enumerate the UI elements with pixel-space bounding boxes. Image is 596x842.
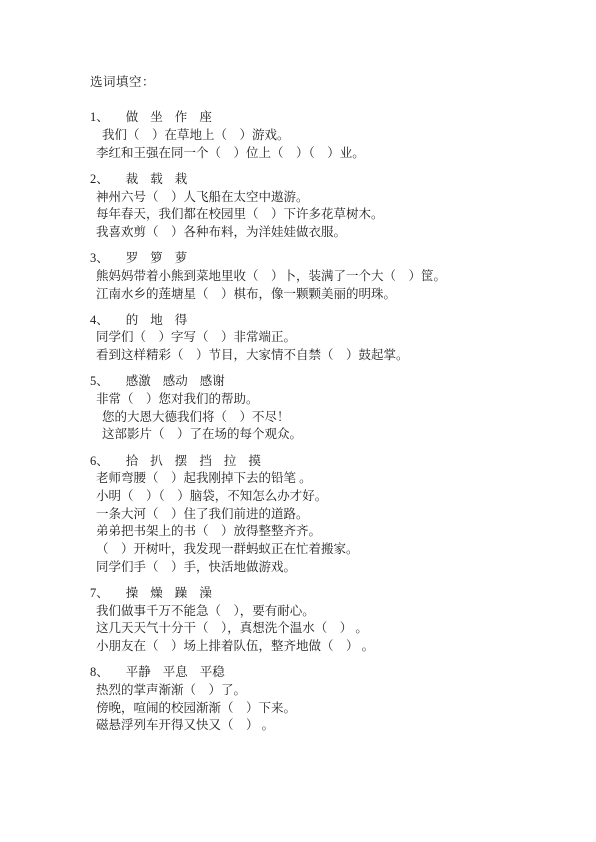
choice-word: 箩 bbox=[150, 250, 163, 268]
sentence: 江南水乡的莲塘星（ ）棋布，像一颗颗美丽的明珠。 bbox=[90, 286, 556, 304]
choice-word: 载 bbox=[150, 171, 163, 189]
choice-word: 的 bbox=[126, 312, 139, 330]
choice-word: 燥 bbox=[150, 585, 163, 603]
exercise-section-6: 6、 拾 扒 摆 挡 拉 摸 老师弯腰（ ）起我刚掉下去的铅笔 。 小明（ ）（… bbox=[90, 453, 556, 577]
sentence: 磁悬浮列车开得又快又（ ） 。 bbox=[90, 717, 556, 735]
spacer bbox=[90, 92, 556, 110]
sentence: 李红和王强在同一个（ ）位上（ ）（ ）业。 bbox=[90, 145, 556, 163]
choice-word: 躁 bbox=[175, 585, 188, 603]
worksheet-title: 选词填空： bbox=[90, 74, 556, 92]
sentence: 我们（ ）在草地上（ ）游戏。 bbox=[90, 127, 556, 145]
sentence: 我们做事千万不能急（ ），要有耐心。 bbox=[90, 603, 556, 621]
sentence: 小明（ ）（ ）脑袋，不知怎么办才好。 bbox=[90, 488, 556, 506]
section-number: 2、 bbox=[90, 171, 109, 189]
choice-word: 坐 bbox=[150, 109, 163, 127]
worksheet-page: 选词填空： 1、 做 坐 作 座 我们（ ）在草地上（ ）游戏。 李红和王强在同… bbox=[0, 0, 596, 842]
section-number: 3、 bbox=[90, 250, 109, 268]
sentence: 同学们手（ ）手，快活地做游戏。 bbox=[90, 559, 556, 577]
section-number: 7、 bbox=[90, 585, 109, 603]
sentence: 我喜欢剪（ ）各种布料，为洋娃娃做衣服。 bbox=[90, 224, 556, 242]
section-number: 8、 bbox=[90, 664, 109, 682]
exercise-section-7: 7、 操 燥 躁 澡 我们做事千万不能急（ ），要有耐心。 这几天天气十分干（ … bbox=[90, 585, 556, 656]
choice-word: 拾 bbox=[126, 453, 139, 471]
section-number: 5、 bbox=[90, 373, 109, 391]
choice-word: 摸 bbox=[248, 453, 261, 471]
choice-word: 得 bbox=[175, 312, 188, 330]
section-heading: 8、 平静 平息 平稳 bbox=[90, 664, 556, 682]
choice-word: 作 bbox=[175, 109, 188, 127]
exercise-section-3: 3、 罗 箩 萝 熊妈妈带着小熊到菜地里收（ ）卜，装满了一个大（ ）筐。 江南… bbox=[90, 250, 556, 303]
exercise-section-1: 1、 做 坐 作 座 我们（ ）在草地上（ ）游戏。 李红和王强在同一个（ ）位… bbox=[90, 109, 556, 162]
choice-word: 感激 bbox=[126, 373, 151, 391]
section-heading: 7、 操 燥 躁 澡 bbox=[90, 585, 556, 603]
choice-word: 座 bbox=[199, 109, 212, 127]
choice-word: 罗 bbox=[126, 250, 139, 268]
choice-word: 平息 bbox=[163, 664, 188, 682]
choice-word: 栽 bbox=[175, 171, 188, 189]
choice-word: 平稳 bbox=[200, 664, 225, 682]
sentence: 每年春天，我们都在校园里（ ）下许多花草树木。 bbox=[90, 206, 556, 224]
sentence: 非常（ ）您对我们的帮助。 bbox=[90, 391, 556, 409]
choice-word: 地 bbox=[150, 312, 163, 330]
sentence: 小朋友在（ ）场上排着队伍，整齐地做（ ） 。 bbox=[90, 638, 556, 656]
sentence: 这几天天气十分干（ ），真想洗个温水（ ） 。 bbox=[90, 620, 556, 638]
choice-word: 扒 bbox=[150, 453, 163, 471]
sentence: 老师弯腰（ ）起我刚掉下去的铅笔 。 bbox=[90, 470, 556, 488]
choice-word: 感动 bbox=[163, 373, 188, 391]
section-heading: 1、 做 坐 作 座 bbox=[90, 109, 556, 127]
section-number: 1、 bbox=[90, 109, 109, 127]
exercise-section-2: 2、 裁 载 栽 神州六号（ ）人飞船在太空中遨游。 每年春天，我们都在校园里（… bbox=[90, 171, 556, 242]
sentence: 弟弟把书架上的书（ ）放得整整齐齐。 bbox=[90, 523, 556, 541]
choice-word: 拉 bbox=[224, 453, 237, 471]
sentence: 神州六号（ ）人飞船在太空中遨游。 bbox=[90, 189, 556, 207]
section-number: 4、 bbox=[90, 312, 109, 330]
sentence: 这部影片（ ）了在场的每个观众。 bbox=[90, 426, 556, 444]
sentence: 您的大恩大德我们将（ ）不尽！ bbox=[90, 409, 556, 427]
section-heading: 4、 的 地 得 bbox=[90, 312, 556, 330]
section-heading: 2、 裁 载 栽 bbox=[90, 171, 556, 189]
choice-word: 做 bbox=[126, 109, 139, 127]
section-heading: 5、 感激 感动 感谢 bbox=[90, 373, 556, 391]
sentence: （ ）开树叶，我发现一群蚂蚁正在忙着搬家。 bbox=[90, 541, 556, 559]
choice-word: 裁 bbox=[126, 171, 139, 189]
sentence: 一条大河（ ）住了我们前进的道路。 bbox=[90, 506, 556, 524]
section-number: 6、 bbox=[90, 453, 109, 471]
sentence: 傍晚，喧闹的校园渐渐（ ）下来。 bbox=[90, 700, 556, 718]
sentence: 同学们（ ）字写（ ）非常端正。 bbox=[90, 329, 556, 347]
choice-word: 感谢 bbox=[200, 373, 225, 391]
sentence: 热烈的掌声渐渐（ ）了。 bbox=[90, 682, 556, 700]
section-heading: 6、 拾 扒 摆 挡 拉 摸 bbox=[90, 453, 556, 471]
choice-word: 操 bbox=[126, 585, 139, 603]
exercise-section-5: 5、 感激 感动 感谢 非常（ ）您对我们的帮助。 您的大恩大德我们将（ ）不尽… bbox=[90, 373, 556, 444]
exercise-section-4: 4、 的 地 得 同学们（ ）字写（ ）非常端正。 看到这样精彩（ ）节目，大家… bbox=[90, 312, 556, 365]
choice-word: 萝 bbox=[175, 250, 188, 268]
exercise-section-8: 8、 平静 平息 平稳 热烈的掌声渐渐（ ）了。 傍晚，喧闹的校园渐渐（ ）下来… bbox=[90, 664, 556, 735]
choice-word: 挡 bbox=[199, 453, 212, 471]
sentence: 熊妈妈带着小熊到菜地里收（ ）卜，装满了一个大（ ）筐。 bbox=[90, 268, 556, 286]
choice-word: 澡 bbox=[199, 585, 212, 603]
choice-word: 平静 bbox=[126, 664, 151, 682]
sentence: 看到这样精彩（ ）节目，大家情不自禁（ ）鼓起掌。 bbox=[90, 347, 556, 365]
section-heading: 3、 罗 箩 萝 bbox=[90, 250, 556, 268]
choice-word: 摆 bbox=[175, 453, 188, 471]
